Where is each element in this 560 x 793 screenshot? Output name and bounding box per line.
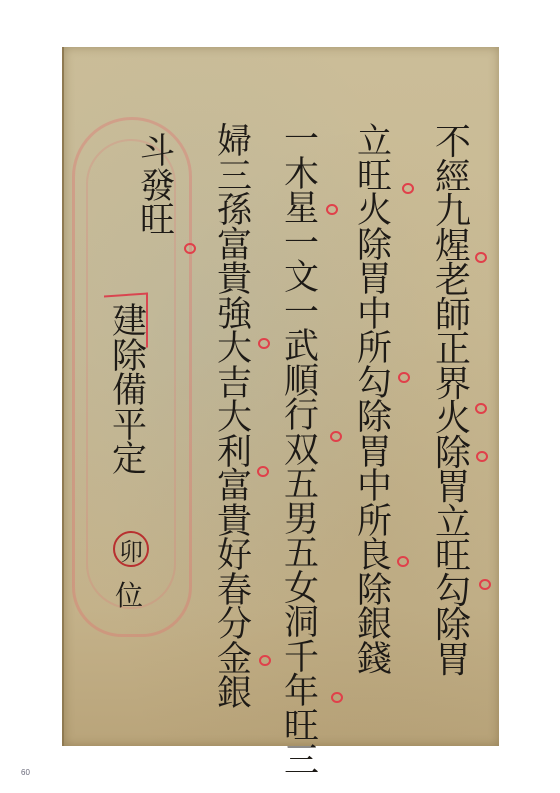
character: 三 <box>217 160 252 195</box>
red-bracket-mark <box>104 292 148 350</box>
character: 中 <box>357 470 392 505</box>
character: 女 <box>284 572 319 607</box>
character: 旺 <box>140 204 175 239</box>
red-circle-mark <box>184 243 196 254</box>
red-circle-mark <box>402 183 414 194</box>
character: 師 <box>435 298 471 333</box>
character: 火 <box>435 401 471 436</box>
red-circle-mark <box>326 204 338 215</box>
manuscript-page: 不經九煋老師正界火除胃立旺勾除胃 立旺火除胃中所勾除胃中所良除銀錢 一木星一文一… <box>62 47 499 746</box>
character: 中 <box>357 298 392 333</box>
character: 良 <box>357 539 392 574</box>
character: 強 <box>217 298 252 333</box>
character: 金 <box>217 643 252 678</box>
red-circle-mark <box>259 655 271 666</box>
character: 斗 <box>140 135 175 170</box>
red-circle-mark <box>476 451 488 462</box>
text-column-5: 斗發旺 <box>140 135 175 239</box>
character: 木 <box>284 158 319 193</box>
character: 孫 <box>217 194 252 229</box>
character: 吉 <box>217 367 252 402</box>
character: 火 <box>357 194 392 229</box>
character: 順 <box>284 365 319 400</box>
red-circle-mark <box>331 692 343 703</box>
character: 旺 <box>284 710 319 745</box>
character: 一 <box>284 296 319 331</box>
character: 利 <box>217 436 252 471</box>
red-circle-mark <box>257 466 269 477</box>
character: 男 <box>284 503 319 538</box>
position-char: 位 <box>115 574 143 614</box>
character: 貴 <box>217 505 252 540</box>
character: 界 <box>435 367 471 402</box>
character: 除 <box>435 436 471 471</box>
character: 富 <box>217 229 252 264</box>
character: 五 <box>284 537 319 572</box>
character: 所 <box>357 505 392 540</box>
character: 胃 <box>357 263 392 298</box>
character: 年 <box>284 675 319 710</box>
character: 立 <box>357 125 392 160</box>
character: 一 <box>284 227 319 262</box>
character: 備 <box>112 374 147 409</box>
text-column-4: 婦三孫富貴強大吉大利富貴好春分金銀 <box>217 125 252 712</box>
character: 三 <box>284 744 319 779</box>
character: 旺 <box>357 160 392 195</box>
character: 除 <box>357 229 392 264</box>
character: 胃 <box>435 470 471 505</box>
text-column-1: 不經九煋老師正界火除胃立旺勾除胃 <box>435 125 471 677</box>
character: 千 <box>284 641 319 676</box>
character: 九 <box>435 194 471 229</box>
character: 銀 <box>357 608 392 643</box>
character: 除 <box>357 401 392 436</box>
character: 正 <box>435 332 471 367</box>
character: 立 <box>435 505 471 540</box>
character: 婦 <box>217 125 252 160</box>
character: 定 <box>112 443 147 478</box>
character: 洞 <box>284 606 319 641</box>
red-circle-mark <box>330 431 342 442</box>
character: 貴 <box>217 263 252 298</box>
character: 煋 <box>435 229 471 264</box>
character: 武 <box>284 330 319 365</box>
text-column-3: 一木星一文一武順行双五男五女洞千年旺三 <box>284 123 319 779</box>
character: 春 <box>217 574 252 609</box>
red-circle-mark <box>398 372 410 383</box>
character: 旺 <box>435 539 471 574</box>
character: 行 <box>284 399 319 434</box>
character: 所 <box>357 332 392 367</box>
character: 一 <box>284 123 319 158</box>
character: 好 <box>217 539 252 574</box>
character: 發 <box>140 170 175 205</box>
character: 星 <box>284 192 319 227</box>
page-number: 60 <box>21 768 30 777</box>
character: 錢 <box>357 643 392 678</box>
character: 大 <box>217 332 252 367</box>
red-circle-mark <box>475 252 487 263</box>
character: 五 <box>284 468 319 503</box>
red-circle-mark <box>479 579 491 590</box>
character: 胃 <box>435 643 471 678</box>
character: 分 <box>217 608 252 643</box>
character: 除 <box>435 608 471 643</box>
red-circle-mark <box>397 556 409 567</box>
character: 大 <box>217 401 252 436</box>
character: 文 <box>284 261 319 296</box>
character: 富 <box>217 470 252 505</box>
character: 胃 <box>357 436 392 471</box>
red-circle-mark <box>258 338 270 349</box>
character: 勾 <box>357 367 392 402</box>
circled-char-text: 卯 <box>119 532 143 567</box>
character: 平 <box>112 409 147 444</box>
character: 双 <box>284 434 319 469</box>
character: 不 <box>435 125 471 160</box>
red-circle-mark <box>475 403 487 414</box>
character: 除 <box>357 574 392 609</box>
character: 銀 <box>217 677 252 712</box>
character: 老 <box>435 263 471 298</box>
circled-character: 卯 <box>113 531 149 567</box>
character: 勾 <box>435 574 471 609</box>
character: 經 <box>435 160 471 195</box>
text-column-2: 立旺火除胃中所勾除胃中所良除銀錢 <box>357 125 392 677</box>
